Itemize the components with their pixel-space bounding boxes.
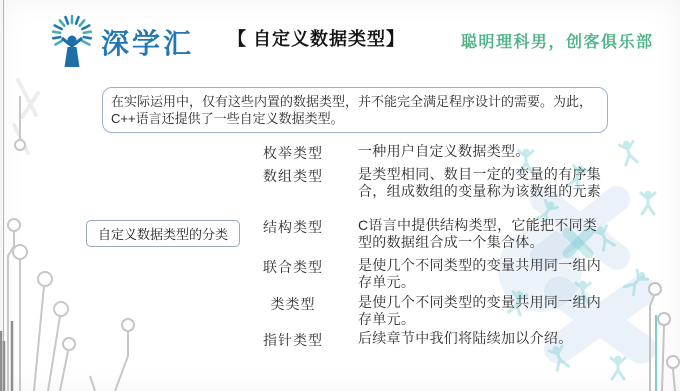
logo-tree-icon	[48, 15, 96, 69]
type-label: 枚举类型	[263, 143, 323, 163]
type-description: 是使几个不同类型的变量共用同一组内存单元。	[358, 257, 606, 290]
type-row: 枚举类型 一种用户自定义数据类型。	[263, 143, 635, 163]
type-row: 数组类型 是类型相同、数目一定的变量的有序集合，组成数组的变量称为该数组的元素	[263, 166, 635, 199]
slogan-text: 聪明理科男，创客俱乐部	[461, 29, 654, 52]
type-label: 联合类型	[263, 257, 323, 277]
type-description: C语言中提供结构类型，它能把不同类型的数据组合成一个集合体。	[358, 217, 606, 250]
page-title: 【 自定义数据类型】	[228, 25, 405, 51]
left-edge-line	[3, 0, 4, 391]
type-description: 一种用户自定义数据类型。	[358, 143, 606, 160]
type-row: 指针类型 后续章节中我们将陆续加以介绍。	[263, 330, 635, 350]
type-label: 数组类型	[263, 166, 323, 186]
logo-text: 深学汇	[101, 22, 194, 62]
type-description: 是使几个不同类型的变量共用同一组内存单元。	[358, 294, 606, 327]
type-description: 是类型相同、数目一定的变量的有序集合，组成数组的变量称为该数组的元素	[358, 166, 606, 199]
type-row: 结构类型 C语言中提供结构类型，它能把不同类型的数据组合成一个集合体。	[263, 217, 635, 250]
logo: 深学汇	[48, 15, 194, 69]
intro-box: 在实际运用中，仅有这些内置的数据类型，并不能完全满足程序设计的需要。为此，C++…	[102, 87, 608, 133]
type-row: 联合类型 是使几个不同类型的变量共用同一组内存单元。	[263, 257, 635, 290]
type-label: 结构类型	[263, 217, 323, 237]
classification-box: 自定义数据类型的分类	[86, 220, 240, 247]
type-row: 类类型 是使几个不同类型的变量共用同一组内存单元。	[263, 294, 635, 327]
topleft-watermark-decoration	[8, 75, 68, 155]
type-description: 后续章节中我们将陆续加以介绍。	[358, 330, 606, 347]
type-label: 类类型	[263, 294, 323, 314]
slide: 深学汇 【 自定义数据类型】 聪明理科男，创客俱乐部 在实际运用中，仅有这些内置…	[0, 0, 680, 391]
type-label: 指针类型	[263, 330, 323, 350]
left-edge-highlight	[0, 0, 2, 391]
